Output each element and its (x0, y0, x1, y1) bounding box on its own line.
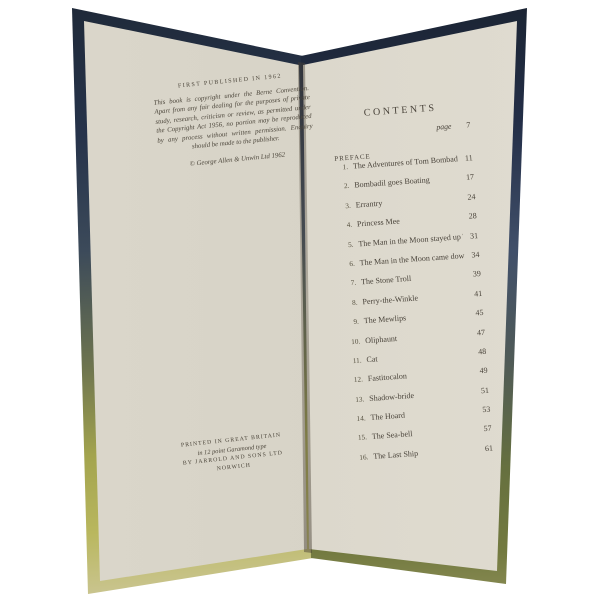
entry-page-number: 51 (474, 385, 490, 395)
entry-number: 8. (344, 298, 358, 307)
contents-block: CONTENTS page 7 PREFACE 1. The Adventure… (331, 100, 494, 472)
entry-page-number: 57 (476, 424, 492, 434)
entry-page-number: 61 (478, 443, 494, 453)
contents-list: 1. The Adventures of Tom Bombadil 11 2. … (335, 153, 494, 472)
entry-page-number: 24 (460, 192, 476, 202)
entry-number: 4. (339, 221, 353, 230)
entry-page-number: 34 (464, 250, 480, 260)
copyright-paragraph: This book is copyright under the Berne C… (153, 84, 314, 155)
entry-number: 14. (352, 414, 366, 423)
book-photo: FIRST PUBLISHED IN 1962 This book is cop… (0, 0, 600, 600)
entry-page-number: 47 (470, 327, 486, 337)
entry-page-number: 17 (459, 173, 475, 183)
entry-number: 6. (342, 260, 356, 269)
entry-number: 3. (337, 202, 351, 211)
entry-page-number: 49 (472, 366, 488, 376)
entry-page-number: 48 (471, 347, 487, 357)
entry-number: 10. (347, 337, 361, 346)
page-column-label: page (436, 122, 452, 132)
preface-page-number: 7 (456, 120, 471, 130)
entry-page-number: 31 (463, 231, 479, 241)
entry-number: 13. (351, 395, 365, 404)
entry-number: 9. (346, 318, 360, 327)
entry-page-number: 45 (468, 308, 484, 318)
entry-page-number: 28 (461, 211, 477, 221)
entry-number: 12. (350, 376, 364, 385)
entry-number: 5. (340, 240, 354, 249)
entry-number: 2. (336, 182, 350, 191)
entry-number: 15. (354, 434, 368, 443)
entry-page-number: 41 (467, 289, 483, 299)
copyright-imprint-block: FIRST PUBLISHED IN 1962 This book is cop… (152, 71, 315, 171)
entry-page-number: 39 (466, 269, 482, 279)
entry-number: 16. (355, 453, 369, 462)
entry-number: 7. (343, 279, 357, 288)
entry-number: 11. (348, 356, 362, 365)
entry-page-number: 11 (457, 153, 473, 163)
entry-page-number: 53 (475, 405, 491, 415)
entry-number: 1. (335, 163, 349, 172)
